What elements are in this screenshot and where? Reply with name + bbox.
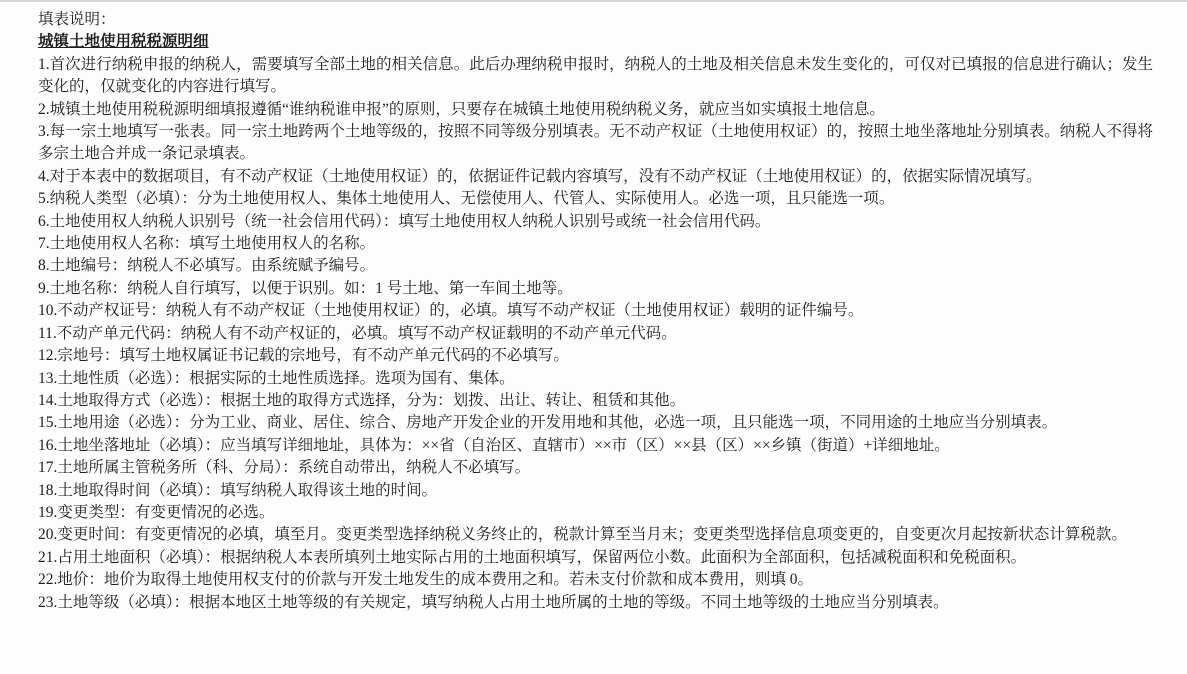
instruction-item-20: 20.变更时间：有变更情况的必填，填至月。变更类型选择纳税义务终止的，税款计算至… [38,524,1153,546]
instruction-item-10: 10.不动产权证号：纳税人有不动产权证（土地使用权证）的，必填。填写不动产权证（… [38,300,1153,322]
instruction-item-9: 9.土地名称：纳税人自行填写，以便于识别。如：1 号土地、第一车间土地等。 [38,278,1153,300]
instruction-item-23: 23.土地等级（必填）：根据本地区土地等级的有关规定，填写纳税人占用土地所属的土… [38,592,1153,614]
instruction-item-13: 13.土地性质（必选）：根据实际的土地性质选择。选项为国有、集体。 [38,368,1153,390]
instruction-item-5: 5.纳税人类型（必填）：分为土地使用权人、集体土地使用人、无偿使用人、代管人、实… [38,188,1153,210]
instruction-item-14: 14.土地取得方式（必选）：根据土地的取得方式选择，分为：划拨、出让、转让、租赁… [38,390,1153,412]
instruction-item-8: 8.土地编号：纳税人不必填写。由系统赋予编号。 [38,255,1153,277]
instruction-item-12: 12.宗地号：填写土地权属证书记载的宗地号，有不动产单元代码的不必填写。 [38,345,1153,367]
instruction-item-4: 4.对于本表中的数据项目，有不动产权证（土地使用权证）的，依据证件记载内容填写，… [38,166,1153,188]
instruction-item-16: 16.土地坐落地址（必填）：应当填写详细地址，具体为：××省（自治区、直辖市）×… [38,435,1153,457]
form-instructions-document: 填表说明： 城镇土地使用税税源明细 1.首次进行纳税申报的纳税人，需要填写全部土… [0,0,1187,674]
instruction-item-11: 11.不动产单元代码：纳税人有不动产权证的，必填。填写不动产权证载明的不动产单元… [38,323,1153,345]
doc-heading: 城镇土地使用税税源明细 [38,31,1153,53]
instruction-item-7: 7.土地使用权人名称：填写土地使用权人的名称。 [38,233,1153,255]
instruction-item-1: 1.首次进行纳税申报的纳税人，需要填写全部土地的相关信息。此后办理纳税申报时，纳… [38,54,1153,99]
instruction-item-21: 21.占用土地面积（必填）：根据纳税人本表所填列土地实际占用的土地面积填写，保留… [38,547,1153,569]
instruction-item-15: 15.土地用途（必选）：分为工业、商业、居住、综合、房地产开发企业的开发用地和其… [38,412,1153,434]
instruction-item-22: 22.地价：地价为取得土地使用权支付的价款与开发土地发生的成本费用之和。若未支付… [38,569,1153,591]
doc-title: 填表说明： [38,9,1153,31]
instruction-item-17: 17.土地所属主管税务所（科、分局）：系统自动带出，纳税人不必填写。 [38,457,1153,479]
instruction-item-18: 18.土地取得时间（必填）：填写纳税人取得该土地的时间。 [38,480,1153,502]
instruction-item-3: 3.每一宗土地填写一张表。同一宗土地跨两个土地等级的，按照不同等级分别填表。无不… [38,121,1153,166]
instruction-item-19: 19.变更类型：有变更情况的必选。 [38,502,1153,524]
instruction-item-2: 2.城镇土地使用税税源明细填报遵循“谁纳税谁申报”的原则，只要存在城镇土地使用税… [38,99,1153,121]
instruction-item-6: 6.土地使用权人纳税人识别号（统一社会信用代码）：填写土地使用权人纳税人识别号或… [38,211,1153,233]
